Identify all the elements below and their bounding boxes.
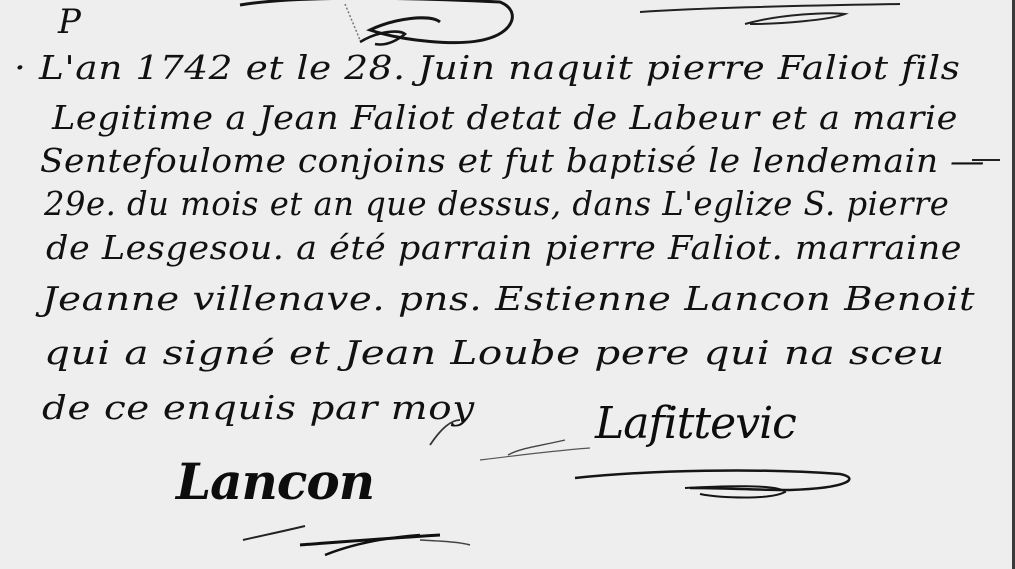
entry-line-7: qui a signé et Jean Loube pere qui na sc… bbox=[44, 333, 945, 372]
entry-line-8: de ce enquis par moy bbox=[42, 388, 475, 427]
signature-lancon: Lancon bbox=[176, 452, 374, 511]
entry-line-1: · L'an 1742 et le 28. Juin naquit pierre… bbox=[14, 48, 960, 87]
entry-line-6: Jeanne villenave. pns. Estienne Lancon B… bbox=[42, 279, 975, 318]
entry-line-2: Legitime a Jean Faliot detat de Labeur e… bbox=[52, 98, 958, 137]
entry-line-3: Sentefoulome conjoins et fut baptisé le … bbox=[40, 141, 985, 180]
entry-line-5: de Lesgesou. a été parrain pierre Faliot… bbox=[46, 228, 962, 267]
entry-line-4: 29e. du mois et an que dessus, dans L'eg… bbox=[44, 184, 949, 223]
register-page: P · L'an 1742 et le 28. Juin naquit pier… bbox=[0, 0, 1015, 569]
margin-mark: P bbox=[58, 2, 81, 42]
signature-lafitte: Lafittevic bbox=[595, 398, 796, 449]
